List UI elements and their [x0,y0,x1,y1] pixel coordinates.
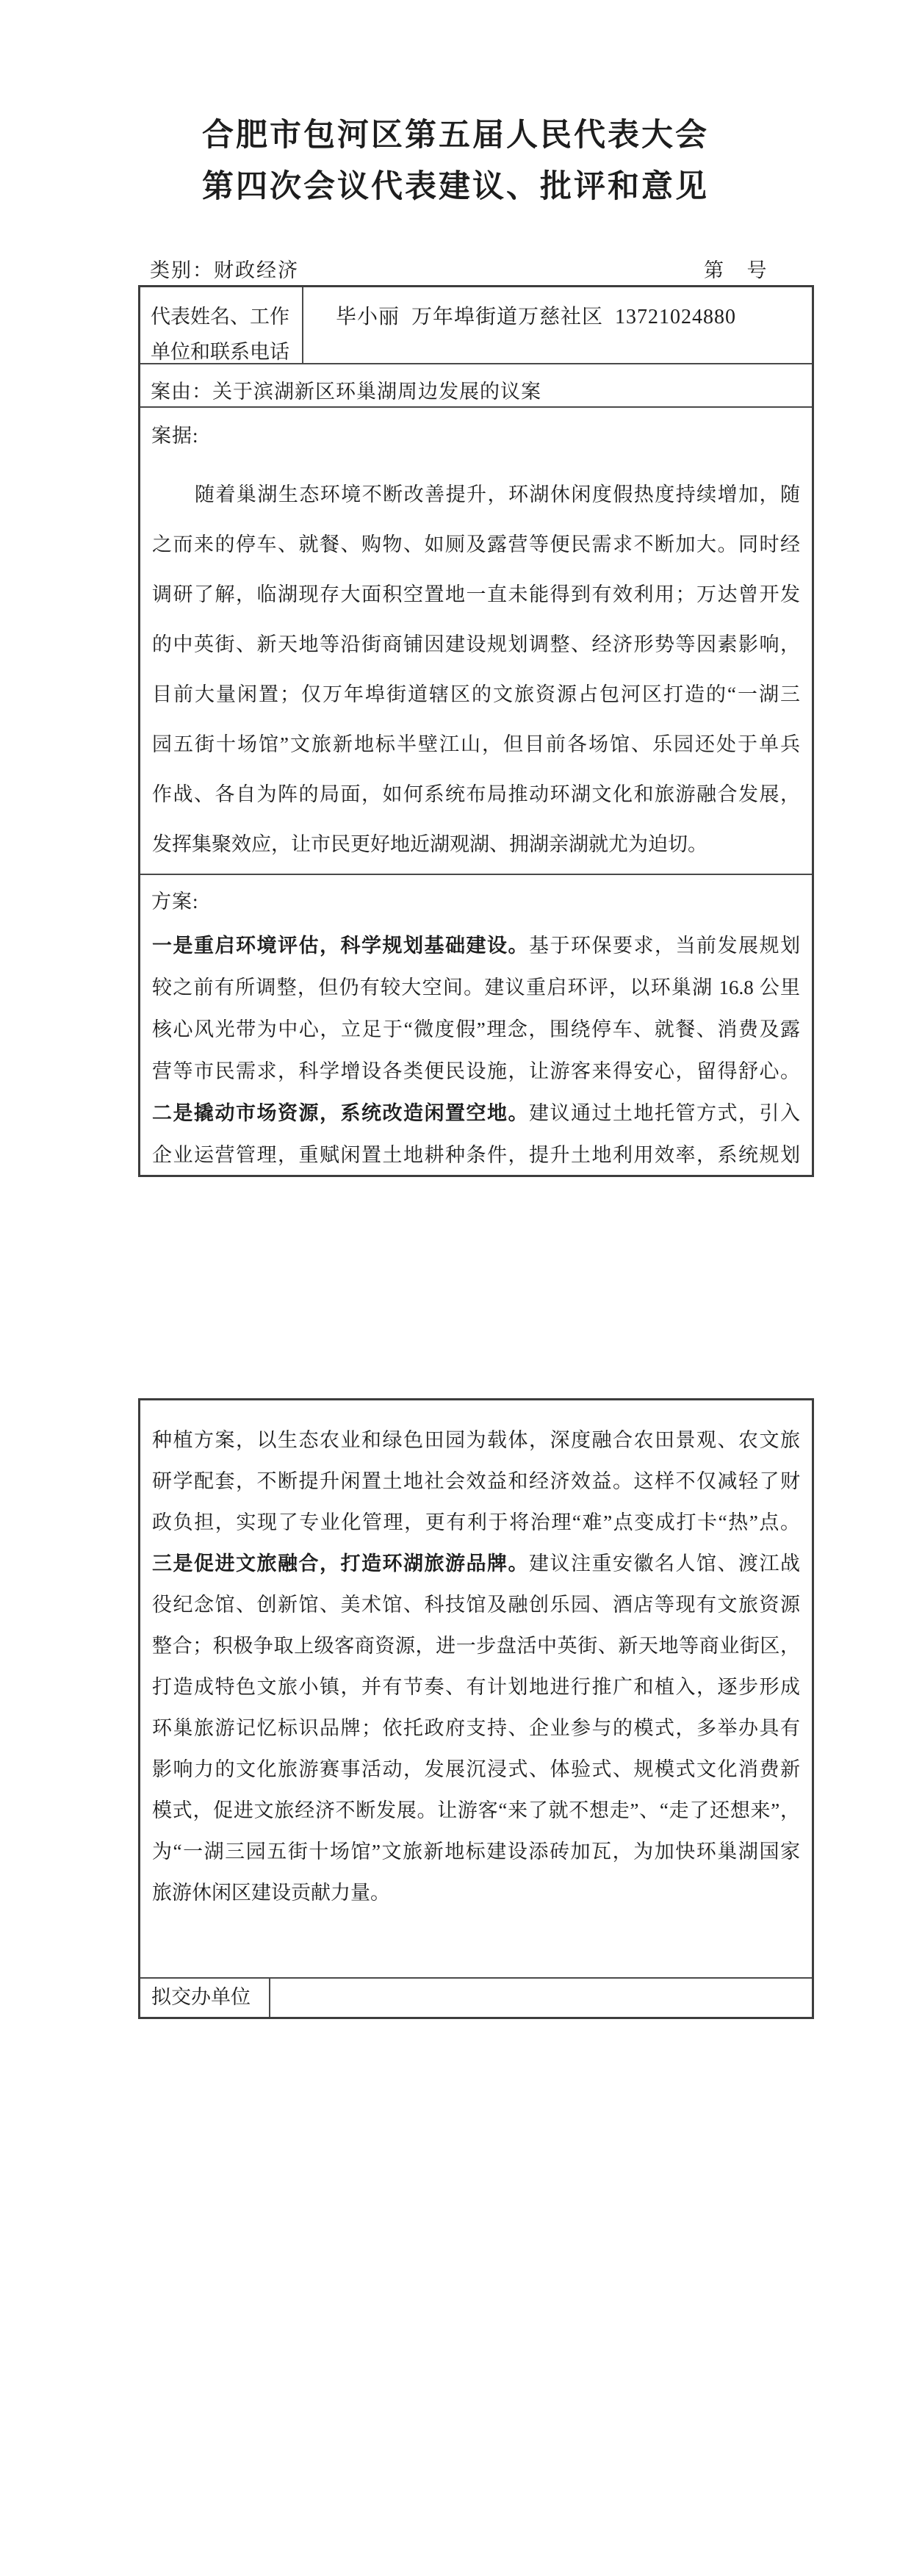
plan-continued-paragraph: 种植方案，以生态农业和绿色田园为载体，深度融合农田景观、农文旅 研学配套，不断提… [152,1420,800,1913]
assign-unit-row: 拟交办单位 [140,1979,812,2017]
basis-line: 随着巢湖生态环境不断改善提升，环湖休闲度假热度持续增加，随 [152,469,800,519]
plan-line-text: 役纪念馆、创新馆、美术馆、科技馆及融创乐园、酒店等现有文旅资源 [152,1594,800,1616]
category-field: 类别：财政经济 [150,254,299,283]
plan-line: 役纪念馆、创新馆、美术馆、科技馆及融创乐园、酒店等现有文旅资源 [152,1584,800,1625]
representative-row: 代表姓名、工作 单位和联系电话 毕小丽 万年埠街道万慈社区 1372102488… [140,287,812,364]
main-table-page2: 种植方案，以生态农业和绿色田园为载体，深度融合农田景观、农文旅 研学配套，不断提… [138,1398,814,2019]
basis-line: 调研了解，临湖现存大面积空置地一直未能得到有效利用；万达曾开发 [152,569,800,619]
document-page: 合肥市包河区第五届人民代表大会 第四次会议代表建议、批评和意见 类别：财政经济 … [0,0,911,2576]
assign-unit-label-cell: 拟交办单位 [140,1979,270,2017]
case-title-cell: 案由：关于滨湖新区环巢湖周边发展的议案 [140,364,812,408]
plan-line: 打造成特色文旅小镇，并有节奏、有计划地进行推广和植入，逐步形成 [152,1666,800,1708]
plan-line-text: 建议注重安徽名人馆、渡江战 [529,1553,800,1575]
plan-line-text: 环巢旅游记忆标识品牌；依托政府支持、企业参与的模式，多举办具有 [152,1717,800,1739]
document-number-field: 第 号 [704,254,771,283]
plan-line: 三是促进文旅融合，打造环湖旅游品牌。建议注重安徽名人馆、渡江战 [152,1543,800,1584]
plan-line-text: 整合；积极争取上级客商资源，进一步盘活中英街、新天地等商业街区， [152,1635,800,1657]
plan-line: 核心风光带为中心，立足于“微度假”理念，围绕停车、就餐、消费及露 [152,1009,800,1051]
plan-line-text: 营等市民需求，科学增设各类便民设施，让游客来得安心，留得舒心。 [152,1060,800,1082]
plan-line: 整合；积极争取上级客商资源，进一步盘活中英街、新天地等商业街区， [152,1625,800,1666]
basis-cell: 案据: 随着巢湖生态环境不断改善提升，环湖休闲度假热度持续增加，随 之而来的停车… [140,408,812,875]
plan-line-text: 模式，促进文旅经济不断发展。让游客“来了就不想走”、“走了还想来”， [152,1799,800,1821]
page-title-line2: 第四次会议代表建议、批评和意见 [0,162,911,213]
plan-line-text: 核心风光带为中心，立足于“微度假”理念，围绕停车、就餐、消费及露 [152,1018,800,1040]
plan-line: 营等市民需求，科学增设各类便民设施，让游客来得安心，留得舒心。 [152,1051,800,1093]
page-title: 合肥市包河区第五届人民代表大会 第四次会议代表建议、批评和意见 [0,110,911,213]
plan-line: 企业运营管理，重赋闲置土地耕种条件，提升土地利用效率，系统规划 [152,1134,800,1176]
basis-line: 园五街十场馆”文旅新地标半壁江山，但目前各场馆、乐园还处于单兵 [152,719,800,769]
representative-value-cell: 毕小丽 万年埠街道万慈社区 13721024880 [303,287,812,363]
plan-line: 种植方案，以生态农业和绿色田园为载体，深度融合农田景观、农文旅 [152,1420,800,1461]
representative-label-cell: 代表姓名、工作 单位和联系电话 [140,287,303,363]
plan-line-bold: 二是撬动市场资源，系统改造闲置空地。 [152,1102,529,1124]
main-table-page1: 代表姓名、工作 单位和联系电话 毕小丽 万年埠街道万慈社区 1372102488… [138,285,814,1177]
plan-line-text: 研学配套，不断提升闲置土地社会效益和经济效益。这样不仅减轻了财 [152,1470,800,1492]
plan-line-text: 建议通过土地托管方式，引入 [529,1102,800,1124]
plan-line: 模式，促进文旅经济不断发展。让游客“来了就不想走”、“走了还想来”， [152,1790,800,1831]
plan-line: 一是重启环境评估，科学规划基础建设。基于环保要求，当前发展规划 [152,925,800,967]
plan-line-bold: 三是促进文旅融合，打造环湖旅游品牌。 [152,1553,529,1575]
plan-paragraph: 一是重启环境评估，科学规划基础建设。基于环保要求，当前发展规划 较之前有所调整，… [152,925,800,1176]
plan-line-text: 为“一湖三园五街十场馆”文旅新地标建设添砖加瓦，为加快环巢湖国家 [152,1841,800,1863]
plan-line: 较之前有所调整，但仍有较大空间。建议重启环评，以环巢湖 16.8 公里 [152,967,800,1009]
representative-label-line1: 代表姓名、工作 [151,299,302,334]
basis-label: 案据: [151,420,199,448]
plan-line-text: 基于环保要求，当前发展规划 [529,935,800,957]
plan-line-text: 影响力的文化旅游赛事活动，发展沉浸式、体验式、规模式文化消费新 [152,1758,800,1780]
basis-paragraph: 随着巢湖生态环境不断改善提升，环湖休闲度假热度持续增加，随 之而来的停车、就餐、… [152,469,800,869]
basis-line: 的中英街、新天地等沿街商铺因建设规划调整、经济形势等因素影响， [152,619,800,669]
plan-line-text: 政负担，实现了专业化管理，更有利于将治理“难”点变成打卡“热”点。 [152,1511,800,1533]
assign-unit-value-cell [270,1979,812,2017]
plan-cell: 方案: 一是重启环境评估，科学规划基础建设。基于环保要求，当前发展规划 较之前有… [140,875,812,1175]
basis-line: 作战、各自为阵的局面，如何系统布局推动环湖文化和旅游融合发展， [152,769,800,819]
plan-line-text: 种植方案，以生态农业和绿色田园为载体，深度融合农田景观、农文旅 [152,1429,800,1451]
plan-line: 二是撬动市场资源，系统改造闲置空地。建议通过土地托管方式，引入 [152,1093,800,1134]
plan-line: 旅游休闲区建设贡献力量。 [152,1872,800,1913]
plan-line-text: 企业运营管理，重赋闲置土地耕种条件，提升土地利用效率，系统规划 [152,1144,800,1166]
basis-line: 之而来的停车、就餐、购物、如厕及露营等便民需求不断加大。同时经 [152,519,800,569]
plan-label: 方案: [151,885,199,914]
plan-line-bold: 一是重启环境评估，科学规划基础建设。 [152,935,529,957]
plan-line-text: 打造成特色文旅小镇，并有节奏、有计划地进行推广和植入，逐步形成 [152,1676,800,1698]
plan-line: 政负担，实现了专业化管理，更有利于将治理“难”点变成打卡“热”点。 [152,1502,800,1543]
plan-continued-cell: 种植方案，以生态农业和绿色田园为载体，深度融合农田景观、农文旅 研学配套，不断提… [140,1400,812,1979]
plan-line: 影响力的文化旅游赛事活动，发展沉浸式、体验式、规模式文化消费新 [152,1749,800,1790]
plan-line-text: 较之前有所调整，但仍有较大空间。建议重启环评，以环巢湖 16.8 公里 [152,976,800,999]
plan-line: 环巢旅游记忆标识品牌；依托政府支持、企业参与的模式，多举办具有 [152,1708,800,1749]
plan-line-text: 旅游休闲区建设贡献力量。 [152,1882,390,1904]
page-title-line1: 合肥市包河区第五届人民代表大会 [0,110,911,162]
basis-line: 目前大量闲置；仅万年埠街道辖区的文旅资源占包河区打造的“一湖三 [152,669,800,719]
plan-line: 为“一湖三园五街十场馆”文旅新地标建设添砖加瓦，为加快环巢湖国家 [152,1831,800,1872]
plan-line: 研学配套，不断提升闲置土地社会效益和经济效益。这样不仅减轻了财 [152,1461,800,1502]
basis-line: 发挥集聚效应，让市民更好地近湖观湖、拥湖亲湖就尤为迫切。 [152,819,800,869]
